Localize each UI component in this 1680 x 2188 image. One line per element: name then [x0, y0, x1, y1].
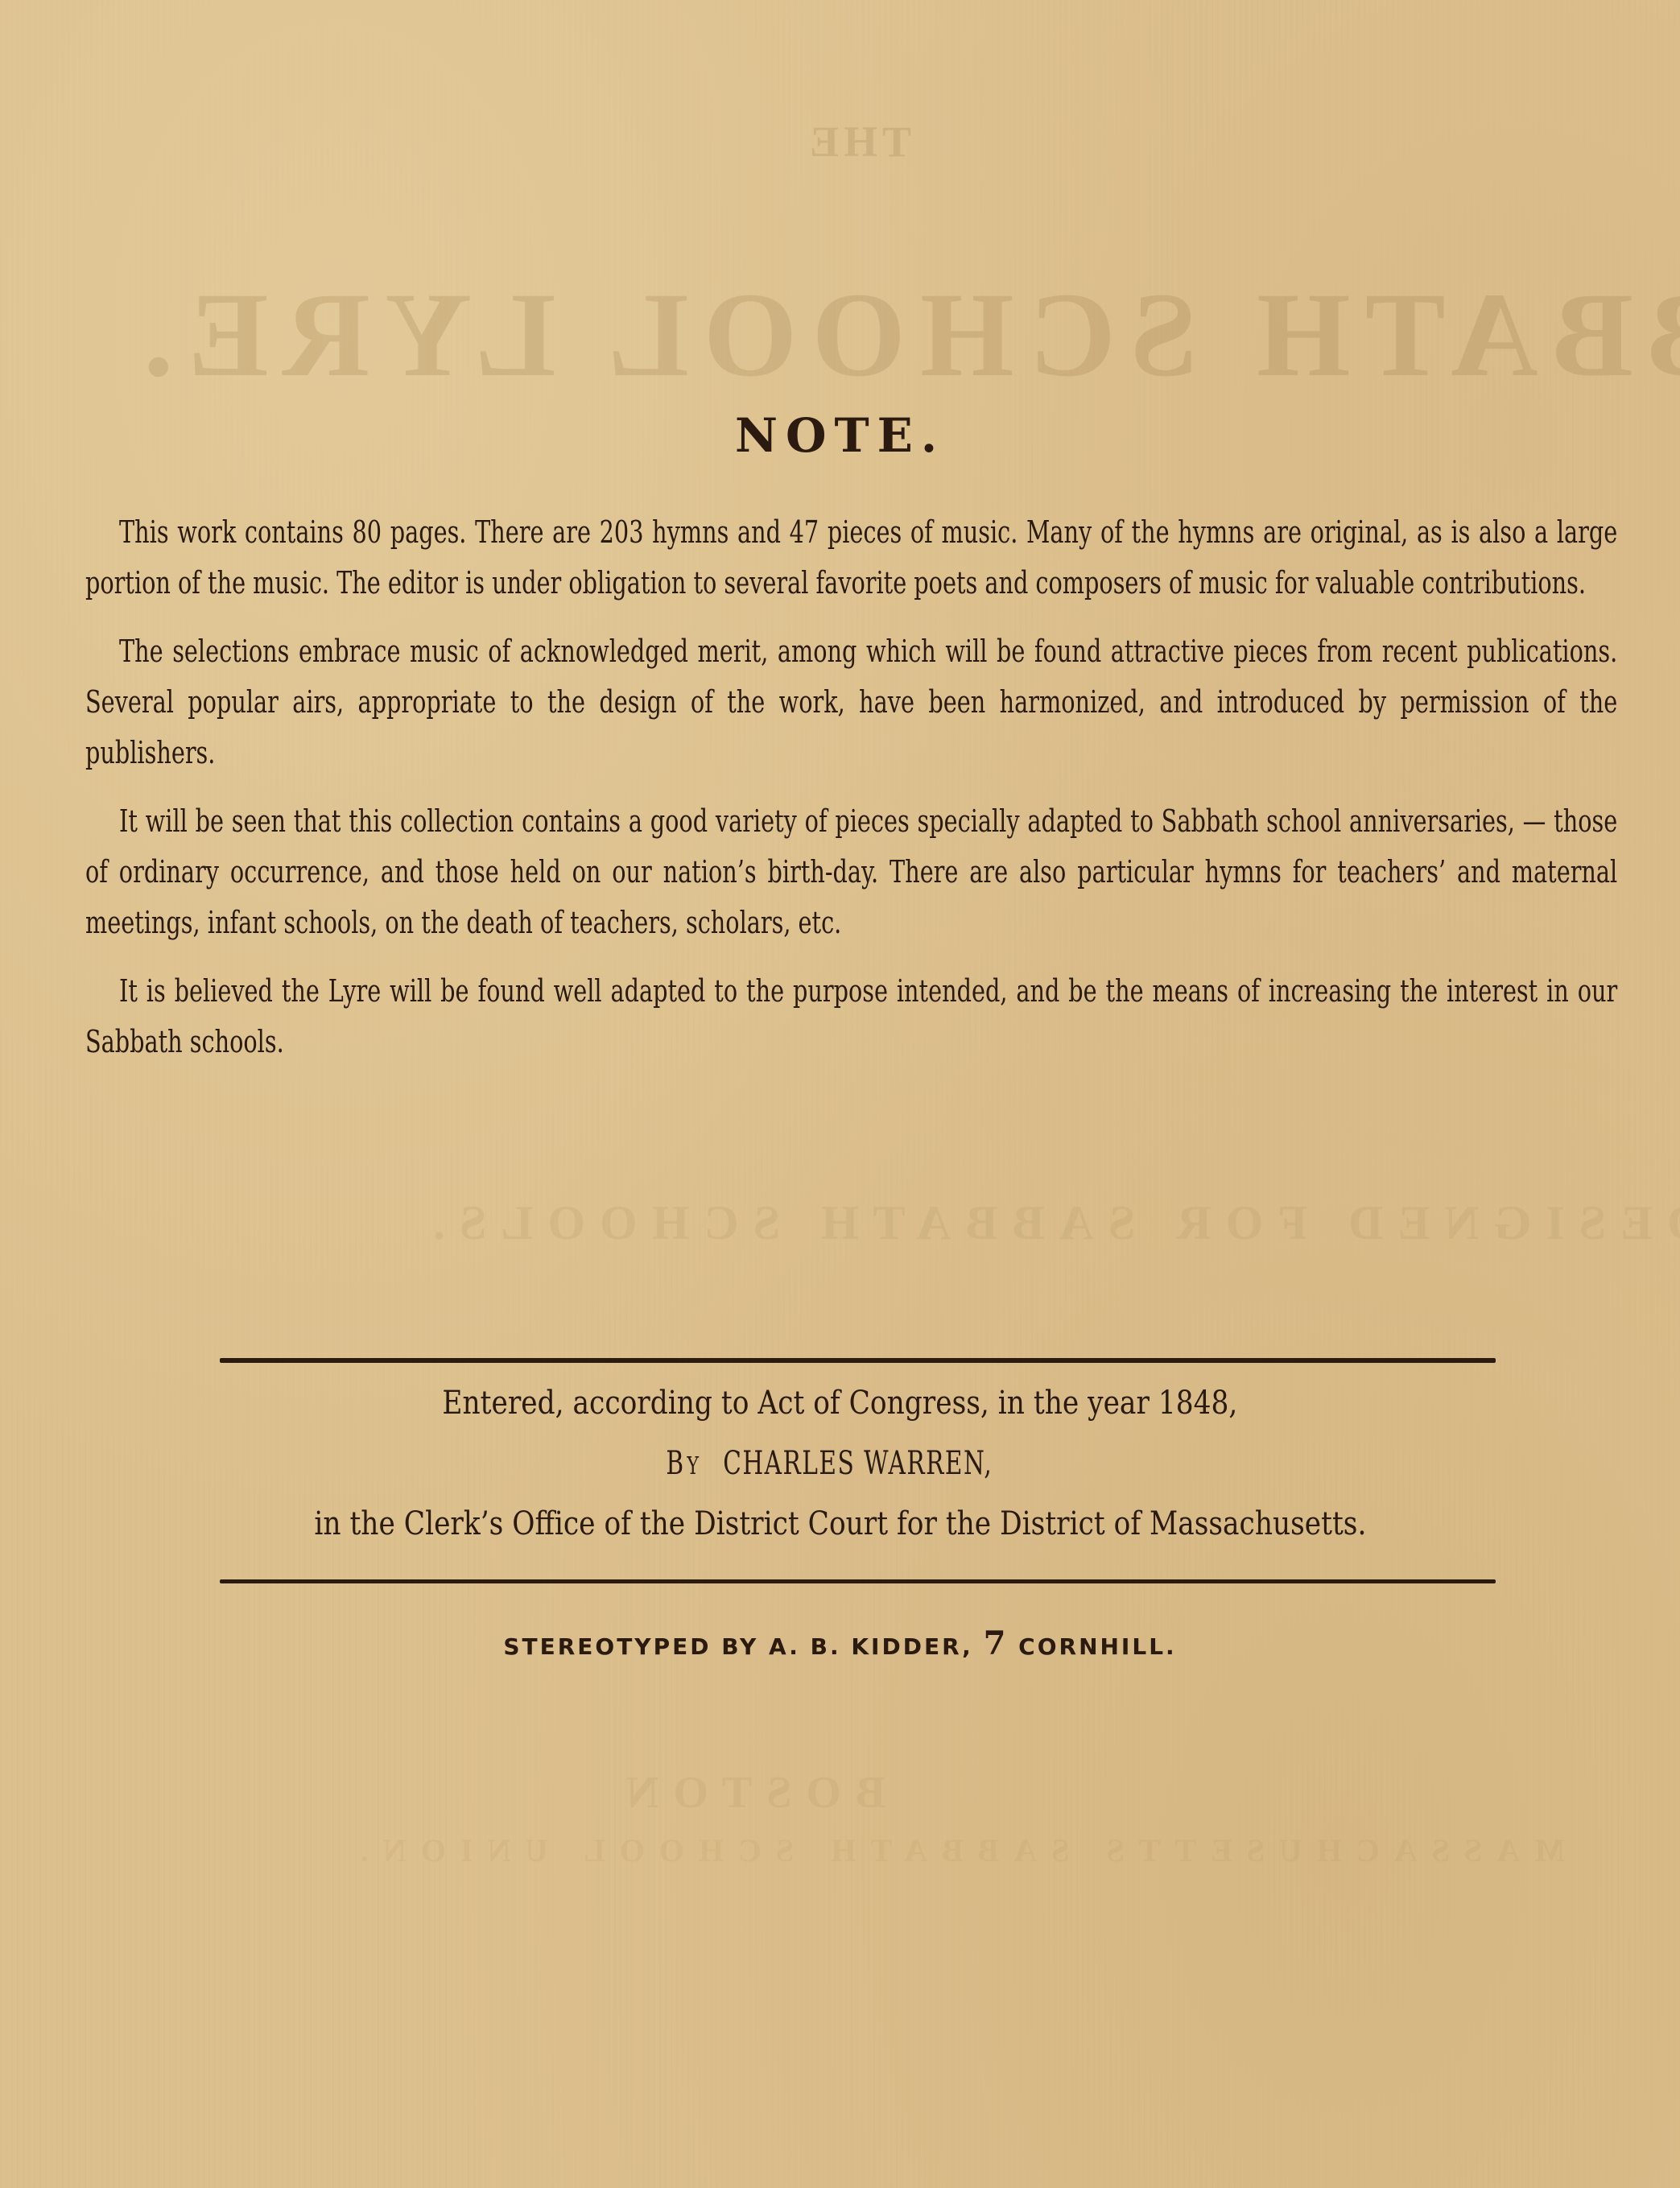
- note-paragraph-1: This work contains 80 pages. There are 2…: [85, 507, 1617, 609]
- copyright-office-text: in the Clerk’s Office of the District Co…: [314, 1505, 1366, 1542]
- by-capital: B: [667, 1445, 685, 1482]
- imprint-text-before: STEREOTYPED BY A. B. KIDDER,: [503, 1633, 983, 1660]
- author-name: CHARLES WARREN,: [724, 1445, 993, 1482]
- copyright-entered-text: Entered, according to Act of Congress, i…: [443, 1385, 1238, 1422]
- note-paragraph-4: It is believed the Lyre will be found we…: [85, 966, 1617, 1067]
- note-paragraph-3: It will be seen that this collection con…: [85, 796, 1617, 948]
- bleed-through-the: THE: [805, 117, 911, 167]
- note-heading: NOTE.: [0, 408, 1680, 463]
- stereotyper-imprint: STEREOTYPED BY A. B. KIDDER, 7 CORNHILL.: [0, 1624, 1680, 1662]
- by-smallcap: Y: [687, 1452, 700, 1480]
- bleed-through-subtitle: DESIGNED FOR SABBATH SCHOOLS.: [419, 1195, 1680, 1251]
- divider-rule-top: [220, 1358, 1496, 1363]
- note-paragraph-2: The selections embrace music of acknowle…: [85, 626, 1617, 778]
- imprint-number: 7: [984, 1624, 1009, 1662]
- bleed-through-city: BOSTON: [612, 1767, 885, 1819]
- imprint-text-after: CORNHILL.: [1008, 1633, 1176, 1660]
- copyright-line-1: Entered, according to Act of Congress, i…: [0, 1385, 1680, 1422]
- divider-rule-bottom: [220, 1579, 1496, 1583]
- bleed-through-publisher: MASSACHUSETTS SABBATH SCHOOL UNION.: [346, 1831, 1565, 1869]
- note-body: This work contains 80 pages. There are 2…: [85, 507, 1618, 1085]
- copyright-by-line: BY CHARLES WARREN,: [665, 1445, 1015, 1482]
- copyright-line-2: BY CHARLES WARREN,: [0, 1445, 1680, 1482]
- bleed-through-title: SABBATH SCHOOL LYRE.: [129, 266, 1680, 404]
- copyright-line-3: in the Clerk’s Office of the District Co…: [0, 1505, 1680, 1542]
